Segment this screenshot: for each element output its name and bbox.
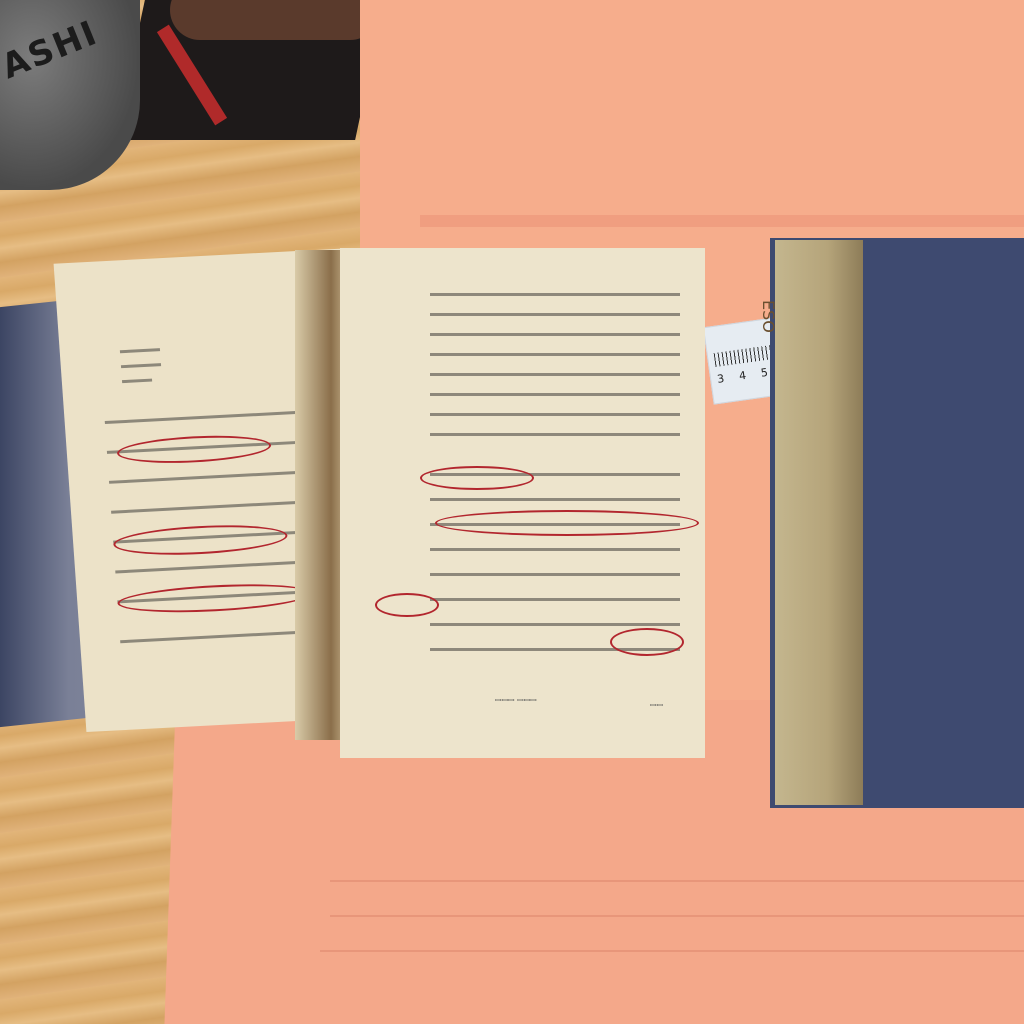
folder-fold-line [330, 915, 1024, 917]
text-line [430, 313, 680, 316]
text-line [115, 560, 315, 573]
right-page [340, 248, 705, 758]
text-line [430, 573, 680, 576]
text-line [430, 373, 680, 376]
text-line [430, 293, 680, 296]
page-number: ꟷꟷ [650, 700, 663, 711]
text-line [430, 598, 680, 601]
ruler-ticks [714, 345, 773, 367]
text-line [109, 470, 309, 483]
red-annotation-circle [420, 466, 534, 490]
ruler-number: 3 [716, 372, 725, 386]
ruler-number: 4 [738, 369, 747, 383]
text-line [122, 379, 152, 384]
text-line [430, 353, 680, 356]
text-line [105, 411, 305, 424]
text-line [430, 333, 680, 336]
folder-fold-line [320, 950, 1024, 952]
red-annotation-circle [116, 432, 272, 466]
text-line [430, 548, 680, 551]
red-annotation-circle [375, 593, 439, 617]
text-line [430, 498, 680, 501]
text-line [430, 623, 680, 626]
red-annotation-circle [435, 510, 699, 536]
folder-fold-line [330, 880, 1024, 882]
text-line [111, 500, 311, 513]
text-line [120, 630, 320, 643]
red-annotation-circle [112, 522, 288, 559]
text-line [430, 413, 680, 416]
page-footer-title: ꟷꟷꟷ ꟷꟷꟷ [495, 695, 537, 706]
red-annotation-circle [610, 628, 684, 656]
spine-label: ESO [759, 300, 778, 333]
ruler-number: 5 [760, 366, 769, 380]
text-line [430, 433, 680, 436]
text-line [121, 363, 161, 368]
red-annotation-circle [117, 580, 313, 616]
person-arm [170, 0, 380, 40]
folder-crease [420, 215, 1024, 227]
closed-book-spine [775, 240, 863, 805]
text-line [430, 393, 680, 396]
text-line [120, 348, 160, 353]
